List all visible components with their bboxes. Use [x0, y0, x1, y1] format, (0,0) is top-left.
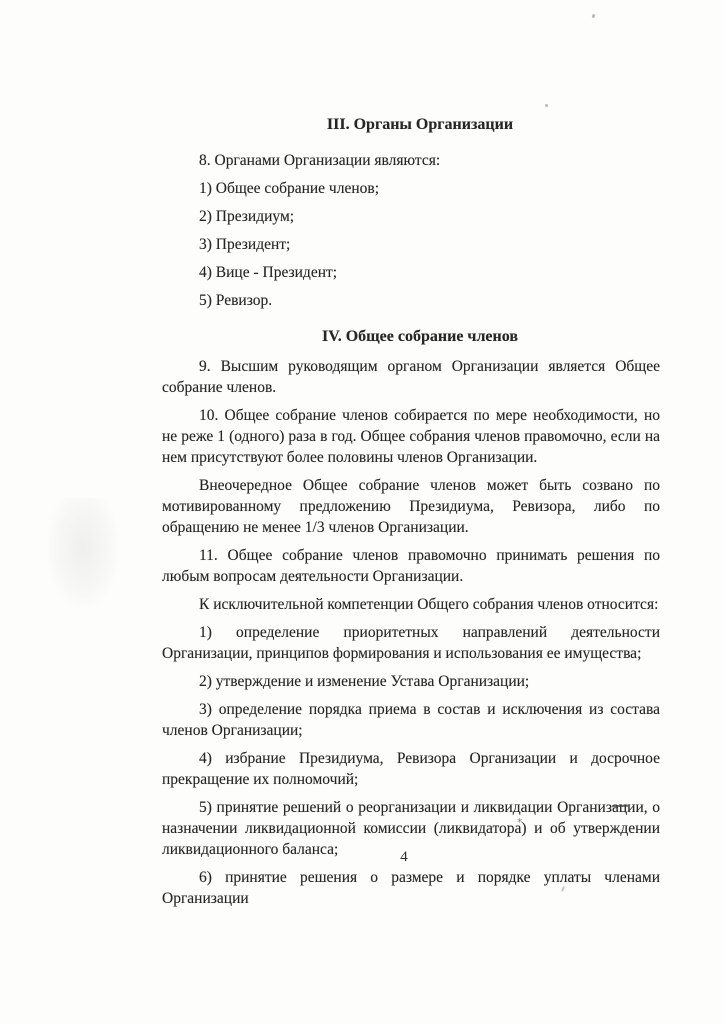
organ-list-item: 3) Президент;: [162, 234, 660, 255]
organ-list-item: 4) Вице - Президент;: [162, 262, 660, 283]
paragraph-10: 10. Общее собрание членов собирается по …: [162, 405, 660, 468]
document-text-block: III. Органы Организации 8. Органами Орга…: [162, 114, 660, 916]
paragraph-11: 11. Общее собрание членов правомочно при…: [162, 545, 660, 587]
section-heading-4: IV. Общее собрание членов: [162, 326, 660, 347]
competence-item: 2) утверждение и изменение Устава Органи…: [162, 671, 660, 692]
scan-smudge-artifact: [48, 498, 118, 608]
scanned-document-page: III. Органы Организации 8. Органами Орга…: [0, 0, 724, 1024]
paragraph-10-extra: Внеочередное Общее собрание членов может…: [162, 475, 660, 538]
scan-speck-artifact: [545, 104, 548, 107]
section-heading-3: III. Органы Организации: [162, 114, 660, 135]
scan-speck-artifact: [591, 14, 595, 19]
paragraph-8: 8. Органами Организации являются:: [162, 150, 660, 171]
paragraph-11-intro: К исключительной компетенции Общего собр…: [162, 594, 660, 615]
organ-list-item: 2) Президиум;: [162, 206, 660, 227]
paragraph-9: 9. Высшим руководящим органом Организаци…: [162, 356, 660, 398]
scan-speck-artifact: *: [517, 816, 523, 829]
organ-list-item: 5) Ревизор.: [162, 290, 660, 311]
competence-item: 1) определение приоритетных направлений …: [162, 622, 660, 664]
page-number: 4: [162, 849, 646, 866]
organ-list-item: 1) Общее собрание членов;: [162, 178, 660, 199]
competence-item: 4) избрание Президиума, Ревизора Организ…: [162, 748, 660, 790]
competence-item: 3) определение порядка приема в состав и…: [162, 699, 660, 741]
competence-item: 6) принятие решения о размере и порядке …: [162, 867, 660, 909]
